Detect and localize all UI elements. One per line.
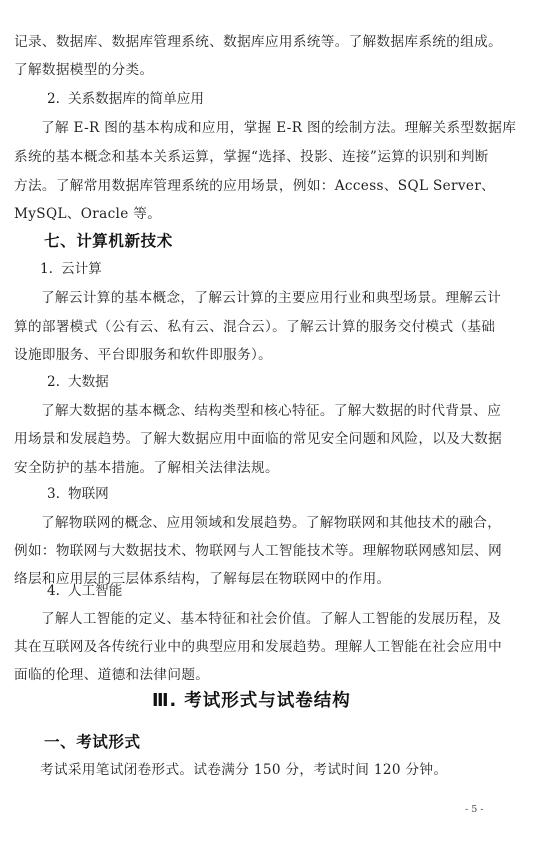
- item-title-text: 人工智能: [68, 583, 122, 599]
- paragraph-line: 了解云计算的基本概念，了解云计算的主要应用行业和典型场景。理解云计: [41, 289, 501, 307]
- subsection-title-relational-db: 2.关系数据库的简单应用: [47, 90, 204, 108]
- item-number: 2.: [47, 374, 60, 390]
- section-heading-exam-form: 一、考试形式: [44, 732, 141, 752]
- paragraph-line: 算的部署模式（公有云、私有云、混合云）。了解云计算的服务交付模式（基础: [14, 318, 495, 336]
- item-number: 1.: [40, 261, 53, 277]
- subsection-title-iot: 3.物联网: [47, 485, 109, 503]
- part-heading-exam-format: Ⅲ. 考试形式与试卷结构: [152, 690, 351, 712]
- paragraph-line: 设施即服务、平台即服务和软件即服务）。: [14, 346, 272, 364]
- item-title-text: 大数据: [68, 374, 109, 390]
- paragraph-line: 其在互联网及各传统行业中的典型应用和发展趋势。理解人工智能在社会应用中: [14, 638, 502, 656]
- item-number: 4.: [47, 583, 60, 599]
- paragraph-line: 用场景和发展趋势。了解大数据应用中面临的常见安全问题和风险，以及大数据: [14, 430, 502, 448]
- subsection-title-cloud: 1.云计算: [40, 260, 102, 278]
- paragraph-line: 安全防护的基本措施。了解相关法律法规。: [14, 459, 279, 477]
- paragraph-line: MySQL、Oracle 等。: [14, 205, 161, 223]
- paragraph-line: 面临的伦理、道德和法律问题。: [14, 666, 209, 684]
- paragraph-line: 系统的基本概念和基本关系运算，掌握“选择、投影、连接”运算的识别和判断: [14, 148, 489, 166]
- item-number: 2.: [47, 91, 60, 107]
- paragraph-line: 考试采用笔试闭卷形式。试卷满分 150 分，考试时间 120 分钟。: [40, 761, 447, 779]
- paragraph-line: 了解人工智能的定义、基本特征和社会价值。了解人工智能的发展历程，及: [41, 610, 501, 628]
- paragraph-line: 记录、数据库、数据库管理系统、数据库应用系统等。了解数据库系统的组成。: [14, 33, 502, 51]
- paragraph-line: 方法。了解常用数据库管理系统的应用场景，例如：Access、SQL Server…: [14, 177, 495, 195]
- paragraph-line: 了解数据模型的分类。: [14, 61, 153, 79]
- section-heading-new-tech: 七、计算机新技术: [44, 231, 173, 251]
- page-number: - 5 -: [465, 804, 484, 816]
- paragraph-line: 了解 E-R 图的基本构成和应用，掌握 E-R 图的绘制方法。理解关系型数据库: [41, 119, 516, 137]
- item-title-text: 云计算: [61, 261, 102, 277]
- paragraph-line: 了解物联网的概念、应用领域和发展趋势。了解物联网和其他技术的融合，: [41, 514, 501, 532]
- subsection-title-big-data: 2.大数据: [47, 373, 109, 391]
- subsection-title-ai: 4.人工智能: [47, 582, 122, 600]
- paragraph-line: 例如：物联网与大数据技术、物联网与人工智能技术等。理解物联网感知层、网: [14, 542, 502, 560]
- item-title-text: 关系数据库的简单应用: [68, 91, 204, 107]
- item-title-text: 物联网: [68, 486, 109, 502]
- paragraph-line: 了解大数据的基本概念、结构类型和核心特征。了解大数据的时代背景、应: [41, 402, 501, 420]
- item-number: 3.: [47, 486, 60, 502]
